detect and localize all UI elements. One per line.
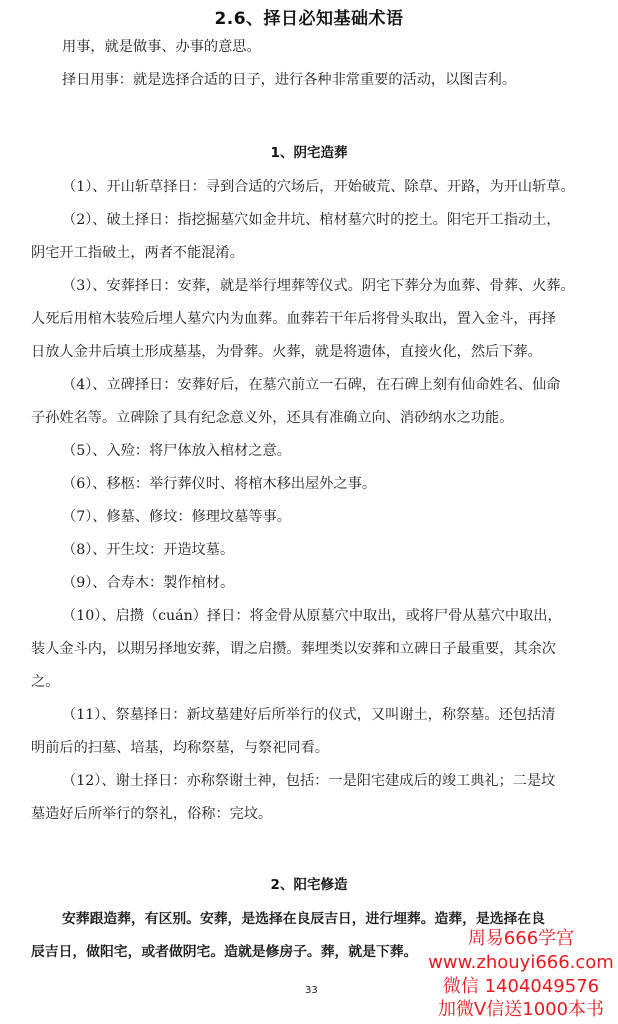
paragraph-line: （2）、破土择日：指挖掘墓穴如金井坑、棺材墓穴时的挖土。阳宅开工指动土， [62,210,561,230]
paragraph-line: （10）、启攒（cuán）择日：将金骨从原墓穴中取出，或将尸骨从墓穴中取出， [62,606,562,626]
section-heading-yang-building: 2、阳宅修造 [0,873,618,893]
paragraph-line: （9）、合寿木：製作棺材。 [62,573,234,593]
page-title: 2.6、择日必知基础术语 [0,4,618,29]
paragraph-line: （8）、开生坟：开造坟墓。 [62,540,234,560]
paragraph-line: （6）、移柩：举行葬仪时、将棺木移出屋外之事。 [62,474,376,494]
paragraph-line-bold: 辰吉日，做阳宅，或者做阴宅。造就是修房子。葬，就是下葬。 [31,942,417,962]
paragraph-line: 人死后用棺木装殓后埋人墓穴内为血葬。血葬若干年后将骨头取出，置入金斗，再择 [31,309,556,329]
paragraph-line: 日放人金井后填土形成墓基，为骨葬。火葬，就是将遗体，直接火化，然后下葬。 [31,342,542,362]
intro-line-2: 择日用事：就是选择合适的日子，进行各种非常重要的活动，以图吉利。 [62,70,516,90]
paragraph-line: （1）、开山斩草择日：寻到合适的穴场后，开始破荒、除草、开路，为开山斩草。 [62,177,575,197]
paragraph-line-bold: 安葬跟造葬，有区别。安葬，是选择在良辰吉日，进行埋葬。造葬，是选择在良 [62,909,545,929]
paragraph-line: （12）、谢土择日：亦称祭谢土神，包括：一是阳宅建成后的竣工典礼；二是坟 [62,771,555,791]
paragraph-line: （4）、立碑择日：安葬好后，在墓穴前立一石碑，在石碑上刻有仙命姓名、仙命 [62,375,561,395]
watermark-promo: 加微V信送1000本书 [424,999,618,1021]
watermark-wechat: 微信 1404049576 [424,976,618,998]
paragraph-line: 之。 [31,672,59,692]
paragraph-line: （3）、安葬择日：安葬，就是举行埋葬等仪式。阴宅下葬分为血葬、骨葬、火葬。 [62,276,575,296]
paragraph-line: （11）、祭墓择日：新坟墓建好后所举行的仪式，又叫谢土，称祭墓。还包括清 [62,705,555,725]
paragraph-line: 明前后的扫墓、培基，均称祭墓，与祭祀同看。 [31,738,329,758]
watermark-brand: 周易666学宫 [424,928,618,950]
paragraph-line: 子孙姓名等。立碑除了具有纪念意义外，还具有准确立向、消砂纳水之功能。 [31,408,513,428]
paragraph-line: 装人金斗内，以期另择地安葬，谓之启攒。葬埋类以安葬和立碑日子最重要，其余次 [31,639,556,659]
paragraph-line: （5）、入殓：将尸体放入棺材之意。 [62,441,291,461]
document-page: 2.6、择日必知基础术语 用事，就是做事、办事的意思。 择日用事：就是选择合适的… [0,0,618,1024]
paragraph-line: 阴宅开工指破土，两者不能混淆。 [31,243,244,263]
paragraph-line: 墓造好后所举行的祭礼，俗称：完坟。 [31,804,272,824]
intro-line-1: 用事，就是做事、办事的意思。 [62,37,261,57]
watermark-url: www.zhouyi666.com [424,952,618,974]
section-heading-yin-burial: 1、阴宅造葬 [0,141,618,161]
page-number: 33 [305,985,318,996]
paragraph-line: （7）、修墓、修坟：修理坟墓等事。 [62,507,291,527]
